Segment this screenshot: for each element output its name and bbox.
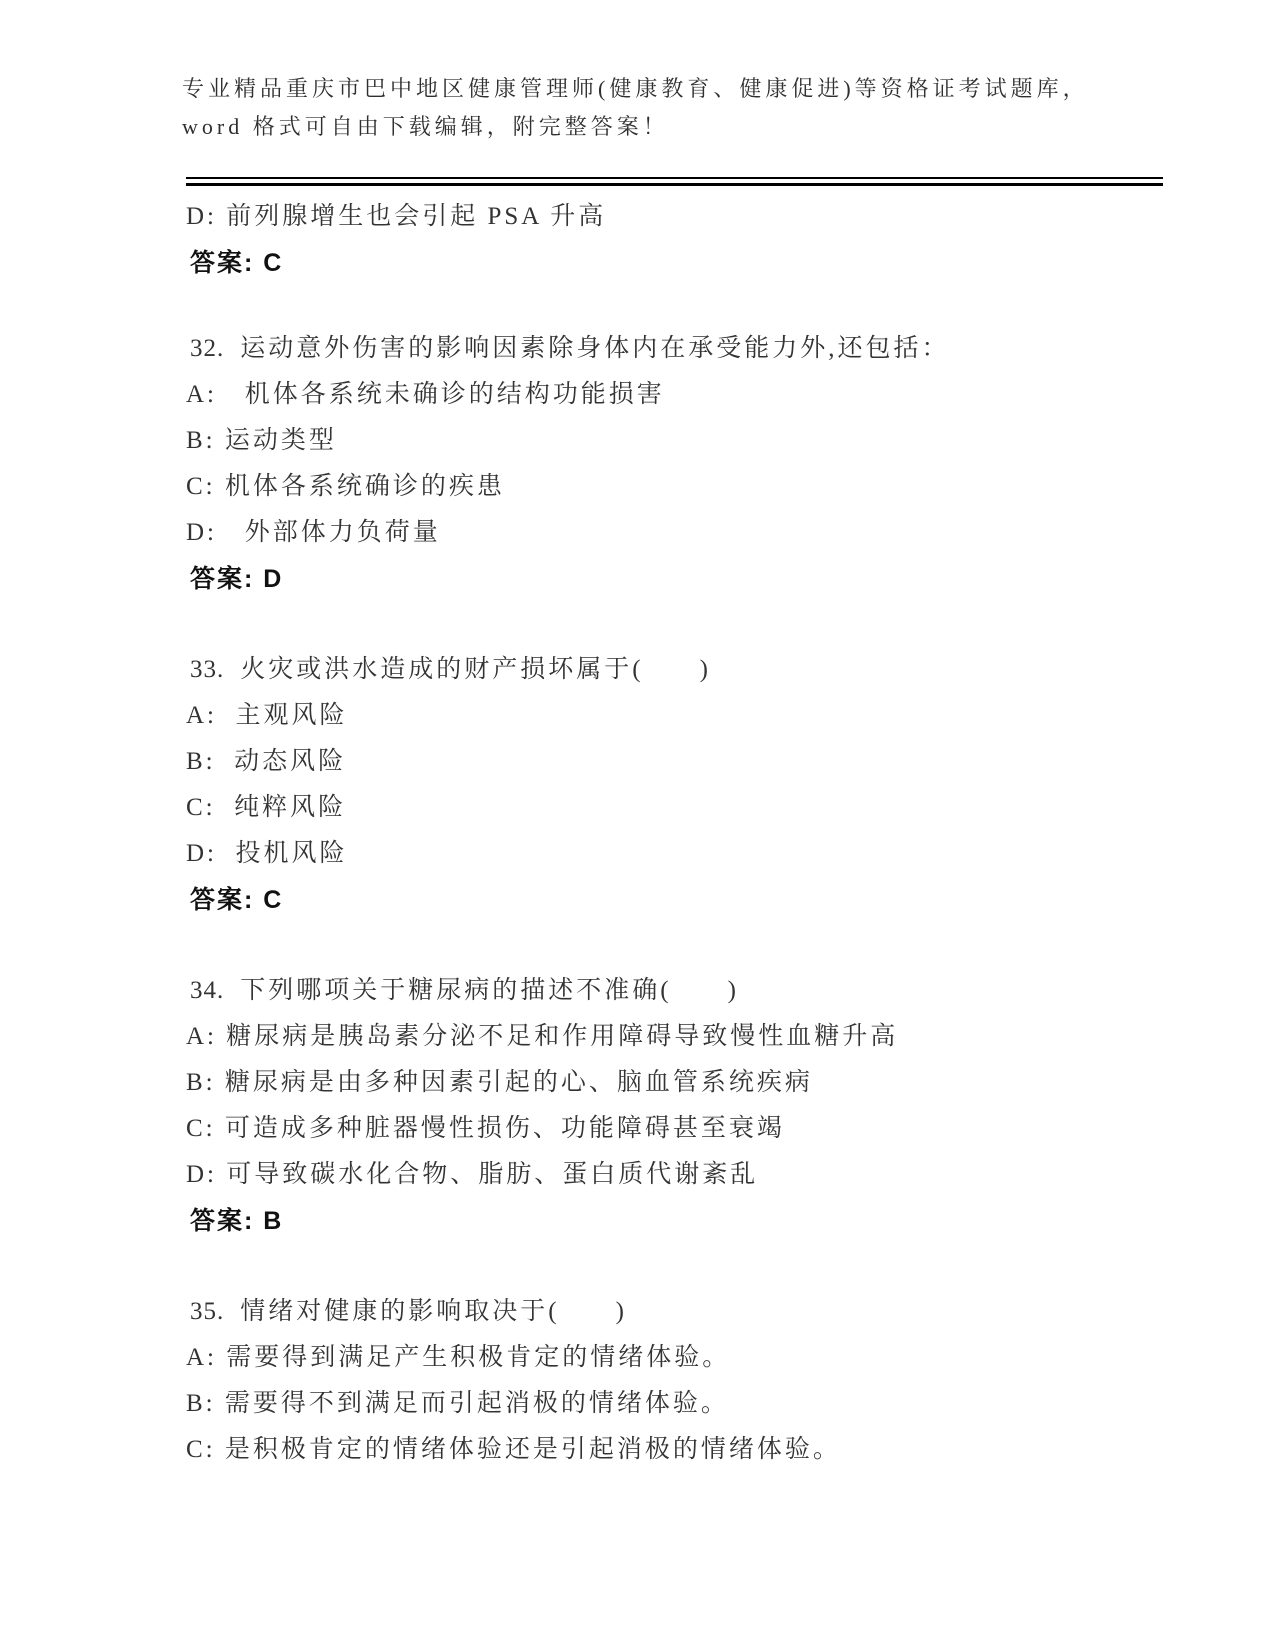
question-35-option-a: A: 需要得到满足产生积极肯定的情绪体验。 — [178, 1335, 1175, 1381]
question-33-option-d: D: 投机风险 — [178, 831, 1175, 877]
question-34-title: 34.下列哪项关于糖尿病的描述不准确( ) — [178, 968, 1175, 1014]
question-33: 33.火灾或洪水造成的财产损坏属于( ) A: 主观风险 B: 动态风险 C: … — [178, 647, 1175, 923]
question-34-option-d: D: 可导致碳水化合物、脂肪、蛋白质代谢紊乱 — [178, 1152, 1175, 1198]
document-page: 专业精品重庆市巴中地区健康管理师(健康教育、健康促进)等资格证考试题库， wor… — [0, 0, 1275, 1650]
question-32-option-c: C: 机体各系统确诊的疾患 — [178, 464, 1175, 510]
question-35-number: 35. — [190, 1298, 224, 1325]
question-32-number: 32. — [190, 335, 224, 362]
question-33-number: 33. — [190, 656, 224, 683]
header-divider-rule — [186, 177, 1163, 186]
question-34-answer: 答案: B — [178, 1198, 1175, 1244]
question-35-option-c: C: 是积极肯定的情绪体验还是引起消极的情绪体验。 — [178, 1427, 1175, 1473]
page-header: 专业精品重庆市巴中地区健康管理师(健康教育、健康促进)等资格证考试题库， wor… — [0, 0, 1275, 146]
question-35-option-b: B: 需要得不到满足而引起消极的情绪体验。 — [178, 1381, 1175, 1427]
question-33-answer: 答案: C — [178, 877, 1175, 923]
carryover-answer: 答案: C — [178, 240, 1175, 286]
question-33-option-b: B: 动态风险 — [178, 739, 1175, 785]
question-35-text: 情绪对健康的影响取决于( ) — [240, 1298, 627, 1325]
question-32-option-b: B: 运动类型 — [178, 418, 1175, 464]
question-35-title: 35.情绪对健康的影响取决于( ) — [178, 1289, 1175, 1335]
question-32-answer: 答案: D — [178, 556, 1175, 602]
question-34-number: 34. — [190, 977, 224, 1004]
question-33-text: 火灾或洪水造成的财产损坏属于( ) — [240, 656, 711, 683]
question-35: 35.情绪对健康的影响取决于( ) A: 需要得到满足产生积极肯定的情绪体验。 … — [178, 1289, 1175, 1473]
carryover-option-d: D: 前列腺增生也会引起 PSA 升高 — [178, 194, 1175, 240]
question-34-option-a: A: 糖尿病是胰岛素分泌不足和作用障碍导致慢性血糖升高 — [178, 1014, 1175, 1060]
question-33-title: 33.火灾或洪水造成的财产损坏属于( ) — [178, 647, 1175, 693]
document-body: D: 前列腺增生也会引起 PSA 升高 答案: C 32.运动意外伤害的影响因素… — [0, 186, 1275, 1473]
question-32-option-d: D: 外部体力负荷量 — [178, 510, 1175, 556]
question-32-text: 运动意外伤害的影响因素除身体内在承受能力外,还包括： — [240, 335, 949, 362]
question-34: 34.下列哪项关于糖尿病的描述不准确( ) A: 糖尿病是胰岛素分泌不足和作用障… — [178, 968, 1175, 1244]
question-34-option-c: C: 可造成多种脏器慢性损伤、功能障碍甚至衰竭 — [178, 1106, 1175, 1152]
question-34-option-b: B: 糖尿病是由多种因素引起的心、脑血管系统疾病 — [178, 1060, 1175, 1106]
question-33-option-c: C: 纯粹风险 — [178, 785, 1175, 831]
question-32: 32.运动意外伤害的影响因素除身体内在承受能力外,还包括： A: 机体各系统未确… — [178, 326, 1175, 602]
question-34-text: 下列哪项关于糖尿病的描述不准确( ) — [240, 977, 739, 1004]
question-33-option-a: A: 主观风险 — [178, 693, 1175, 739]
question-32-option-a: A: 机体各系统未确诊的结构功能损害 — [178, 372, 1175, 418]
header-line-2: word 格式可自由下载编辑，附完整答案！ — [182, 108, 1155, 146]
question-32-title: 32.运动意外伤害的影响因素除身体内在承受能力外,还包括： — [178, 326, 1175, 372]
header-line-1: 专业精品重庆市巴中地区健康管理师(健康教育、健康促进)等资格证考试题库， — [182, 70, 1155, 108]
